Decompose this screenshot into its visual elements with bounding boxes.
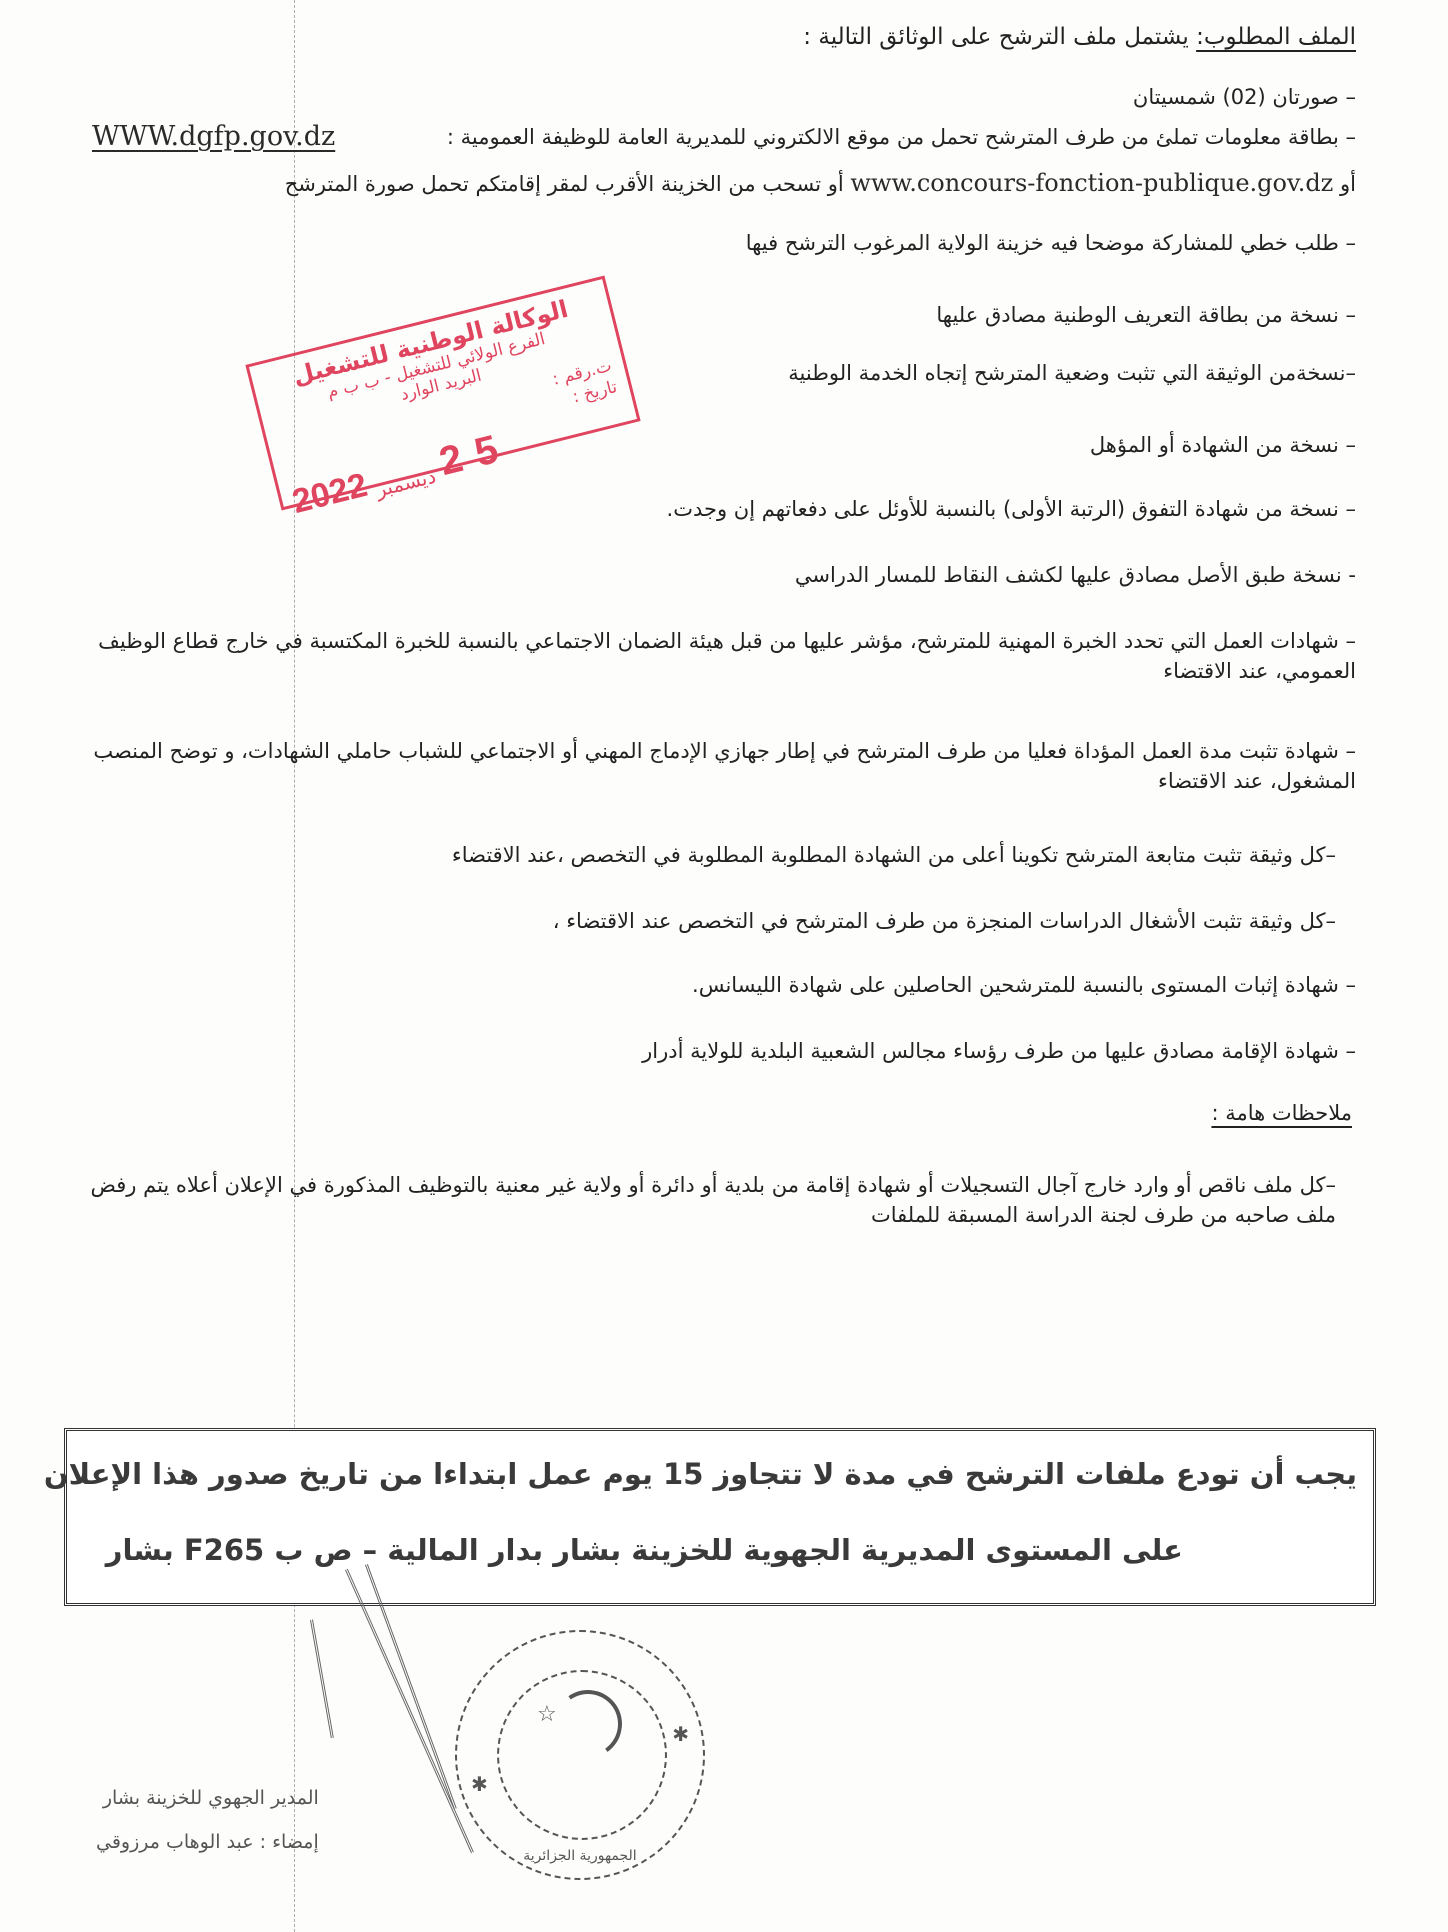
list-item-military-service: –نسخةمن الوثيقة التي تثبت وضعية المترشح … <box>788 358 1356 388</box>
stamp-month: ديسمبر <box>373 464 438 502</box>
url-or-word: أو <box>1340 172 1356 196</box>
signature-block: المدير الجهوي للخزينة بشار إمضاء : عبد ا… <box>96 1776 319 1864</box>
list-item-studies-works: –كل وثيقة تثبت الأشغال الدراسات المنجزة … <box>553 906 1336 936</box>
seal-star-icon: ✱ <box>471 1772 488 1796</box>
url-line: أو www.concours-fonction-publique.gov.dz… <box>285 168 1356 199</box>
document-heading: الملف المطلوب: يشتمل ملف الترشح على الوث… <box>803 22 1356 52</box>
note-incomplete-file: –كل ملف ناقص أو وارد خارج آجال التسجيلات… <box>72 1170 1336 1230</box>
list-item-id-card: – نسخة من بطاقة التعريف الوطنية مصادق عل… <box>936 300 1356 330</box>
list-item-info-card: – بطاقة معلومات تملئ من طرف المترشح تحمل… <box>447 122 1356 152</box>
list-item-diploma: – نسخة من الشهادة أو المؤهل <box>1090 430 1356 460</box>
seal-star-icon: ✱ <box>672 1722 689 1746</box>
signatory-name: إمضاء : عبد الوهاب مرزوقي <box>96 1820 319 1864</box>
signature-stroke <box>310 1619 334 1738</box>
notes-heading: ملاحظات هامة : <box>1211 1098 1352 1128</box>
red-reception-stamp: الوكالة الوطنية للتشغيل الفرع الولائي لل… <box>245 275 640 510</box>
seal-emblem: ☆ <box>497 1670 667 1840</box>
official-round-seal: ✱ ✱ ☆ الجمهورية الجزائرية <box>455 1630 705 1880</box>
notice-line-2: على المستوى المديرية الجهوية للخزينة بشا… <box>106 1533 1183 1567</box>
star-icon: ☆ <box>537 1702 557 1727</box>
url-dgfp: WWW.dgfp.gov.dz <box>92 121 335 152</box>
url-line-rest: أو تسحب من الخزينة الأقرب لمقر إقامتكم ت… <box>285 172 844 196</box>
url-concours: www.concours-fonction-publique.gov.dz <box>850 169 1333 197</box>
list-item-work-certificates: – شهادات العمل التي تحدد الخبرة المهنية … <box>72 626 1356 686</box>
list-item-photos: – صورتان (02) شمسيتان <box>1133 82 1356 112</box>
deadline-notice-box: يجب أن تودع ملفات الترشح في مدة لا تتجاو… <box>64 1428 1376 1606</box>
list-item-higher-training: –كل وثيقة تثبت متابعة المترشح تكوينا أعل… <box>452 840 1336 870</box>
notice-line-1: يجب أن تودع ملفات الترشح في مدة لا تتجاو… <box>44 1457 1357 1491</box>
scan-fold-line <box>294 0 295 1932</box>
list-item-level-certificate: – شهادة إثبات المستوى بالنسبة للمترشحين … <box>692 970 1356 1000</box>
list-item-residence-certificate: – شهادة الإقامة مصادق عليها من طرف رؤساء… <box>642 1036 1356 1066</box>
signature-stroke <box>345 1569 474 1853</box>
heading-text: يشتمل ملف الترشح على الوثائق التالية : <box>803 24 1189 50</box>
heading-label: الملف المطلوب: <box>1196 24 1356 50</box>
list-item-transcript: - نسخة طبق الأصل مصادق عليها لكشف النقاط… <box>795 560 1356 590</box>
list-item-integration-certificate: – شهادة تثبت مدة العمل المؤداة فعليا من … <box>72 736 1356 796</box>
seal-text: الجمهورية الجزائرية <box>457 1848 703 1864</box>
list-item-written-request: – طلب خطي للمشاركة موضحا فيه خزينة الولا… <box>746 228 1356 258</box>
scanned-document-page: الملف المطلوب: يشتمل ملف الترشح على الوث… <box>0 0 1448 1932</box>
stamp-year: 2022 <box>288 466 371 522</box>
signatory-title: المدير الجهوي للخزينة بشار <box>96 1776 319 1820</box>
crescent-icon <box>549 1685 628 1764</box>
list-item-excellence-certificate: – نسخة من شهادة التفوق (الرتبة الأولى) ب… <box>667 494 1356 524</box>
